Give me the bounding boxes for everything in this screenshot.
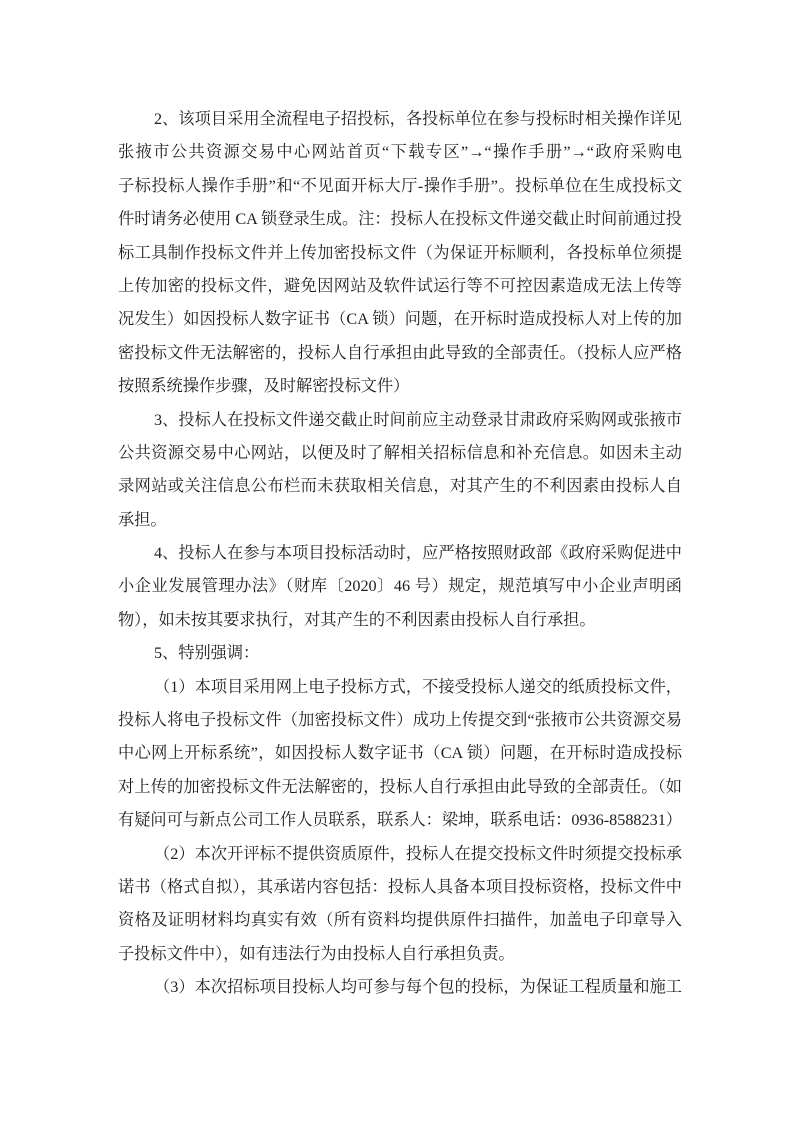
text-line: 投标人将电子投标文件（加密投标文件）成功上传提交到“张掖市公共资源交易	[118, 704, 682, 737]
text-line: 上传加密的投标文件，避免因网站及软件试运行等不可控因素造成无法上传等情	[118, 270, 682, 303]
text-line: 件时请务必使用 CA 锁登录生成。注：投标人在投标文件递交截止时间前通过投	[118, 203, 682, 236]
text-line: 4、投标人在参与本项目投标活动时，应严格按照财政部《政府采购促进中	[118, 537, 682, 570]
text-line: 录网站或关注信息公布栏而未获取相关信息，对其产生的不利因素由投标人自行	[118, 470, 682, 503]
text-line: 承担。	[118, 504, 682, 537]
text-line: 资格及证明材料均真实有效（所有资料均提供原件扫描件，加盖电子印章导入电	[118, 904, 682, 937]
paragraph-clause-5-1-online-bidding: （1）本项目采用网上电子投标方式，不接受投标人递交的纸质投标文件，投标人将电子投…	[118, 671, 682, 838]
text-line: 按照系统操作步骤，及时解密投标文件）	[118, 370, 682, 403]
paragraph-clause-3-login-for-updates: 3、投标人在投标文件递交截止时间前应主动登录甘肃政府采购网或张掖市公共资源交易中…	[118, 404, 682, 538]
text-line: 物），如未按其要求执行，对其产生的不利因素由投标人自行承担。	[118, 604, 682, 637]
text-line: 3、投标人在投标文件递交截止时间前应主动登录甘肃政府采购网或张掖市	[118, 404, 682, 437]
text-line: 小企业发展管理办法》（财库〔2020〕46 号）规定，规范填写中小企业声明函（货	[118, 570, 682, 603]
paragraph-clause-5-2-qualification-commitment: （2）本次开评标不提供资质原件，投标人在提交投标文件时须提交投标承诺书（格式自拟…	[118, 838, 682, 972]
paragraph-clause-2-electronic-bidding: 2、该项目采用全流程电子招投标，各投标单位在参与投标时相关操作详见张掖市公共资源…	[118, 103, 682, 404]
paragraph-clause-4-sme-declaration: 4、投标人在参与本项目投标活动时，应严格按照财政部《政府采购促进中小企业发展管理…	[118, 537, 682, 637]
text-line: （3）本次招标项目投标人均可参与每个包的投标，为保证工程质量和施工	[118, 971, 682, 1004]
text-line: （2）本次开评标不提供资质原件，投标人在提交投标文件时须提交投标承	[118, 838, 682, 871]
text-line: 公共资源交易中心网站，以便及时了解相关招标信息和补充信息。如因未主动登	[118, 437, 682, 470]
text-line: 子标投标人操作手册”和“不见面开标大厅-操作手册”。投标单位在生成投标文	[118, 170, 682, 203]
text-line: 标工具制作投标文件并上传加密投标文件（为保证开标顺利，各投标单位须提前	[118, 237, 682, 270]
text-line: 密投标文件无法解密的，投标人自行承担由此导致的全部责任。（投标人应严格	[118, 337, 682, 370]
document-page: 2、该项目采用全流程电子招投标，各投标单位在参与投标时相关操作详见张掖市公共资源…	[0, 0, 793, 1122]
document-body: 2、该项目采用全流程电子招投标，各投标单位在参与投标时相关操作详见张掖市公共资源…	[118, 103, 682, 1005]
text-line: 对上传的加密投标文件无法解密的，投标人自行承担由此导致的全部责任。（如	[118, 771, 682, 804]
text-line: 张掖市公共资源交易中心网站首页“下载专区”→“操作手册”→“政府采购电	[118, 136, 682, 169]
paragraph-clause-5-3-multiple-packages: （3）本次招标项目投标人均可参与每个包的投标，为保证工程质量和施工	[118, 971, 682, 1004]
text-line: 有疑问可与新点公司工作人员联系，联系人：梁坤，联系电话：0936-8588231…	[118, 804, 682, 837]
text-line: 中心网上开标系统”，如因投标人数字证书（CA 锁）问题，在开标时造成投标人	[118, 737, 682, 770]
text-line: 5、特别强调：	[118, 637, 682, 670]
text-line: 子投标文件中），如有违法行为由投标人自行承担负责。	[118, 938, 682, 971]
text-line: 2、该项目采用全流程电子招投标，各投标单位在参与投标时相关操作详见	[118, 103, 682, 136]
text-line: （1）本项目采用网上电子投标方式，不接受投标人递交的纸质投标文件，	[118, 671, 682, 704]
paragraph-clause-5-special-emphasis-heading: 5、特别强调：	[118, 637, 682, 670]
text-line: 况发生）如因投标人数字证书（CA 锁）问题，在开标时造成投标人对上传的加	[118, 303, 682, 336]
text-line: 诺书（格式自拟），其承诺内容包括：投标人具备本项目投标资格，投标文件中	[118, 871, 682, 904]
